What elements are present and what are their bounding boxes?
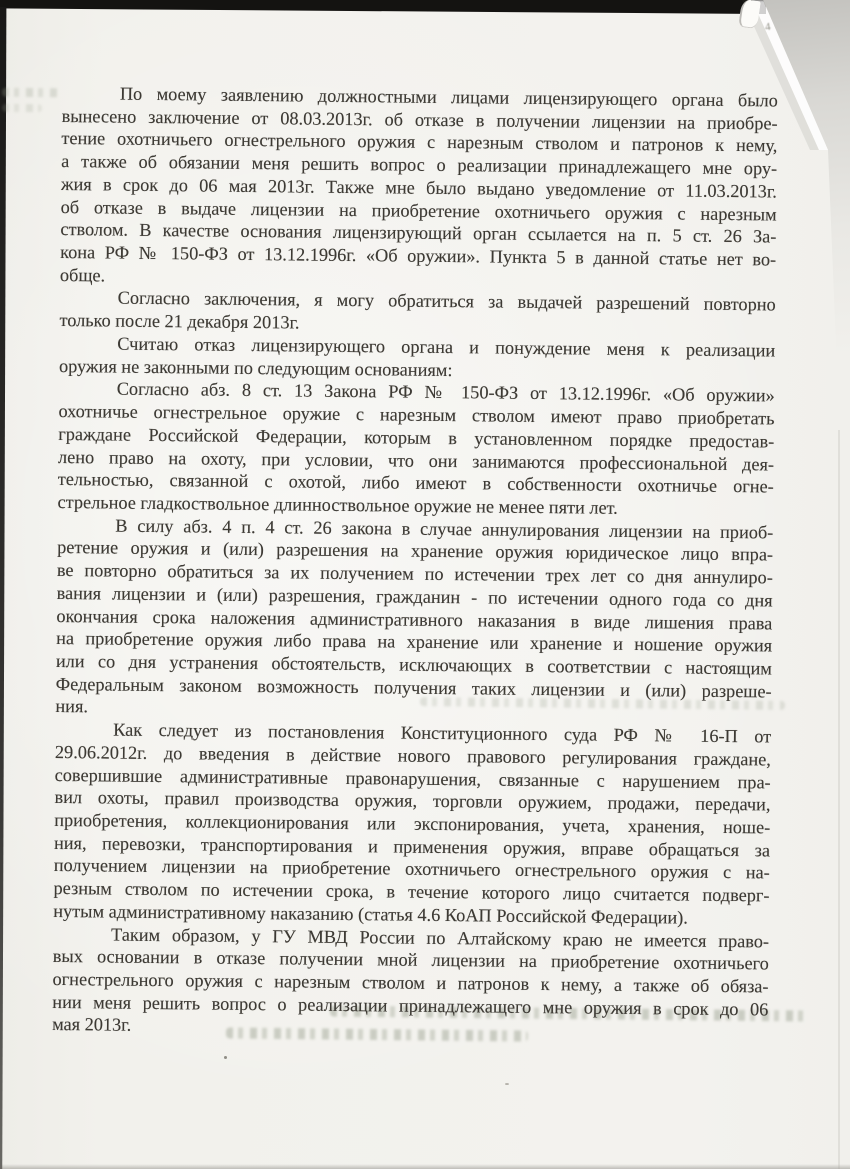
scan-speck xyxy=(505,1083,509,1085)
bleedthrough-text xyxy=(2,104,42,112)
document-text: По моему заявлению должностными лицами л… xyxy=(52,82,778,1044)
scan-edge-bottom-shadow xyxy=(0,1164,850,1169)
scan-edge-left-shadow xyxy=(0,7,8,1169)
page-right-edge-line xyxy=(838,430,840,1169)
scanned-page: 4 По моему заявлению должностными лицами… xyxy=(0,0,850,1169)
scan-edge-top-shadow xyxy=(0,0,766,14)
page-number-mark: 4 xyxy=(764,21,771,34)
scan-speck xyxy=(224,1056,227,1059)
bleedthrough-text xyxy=(2,88,60,98)
